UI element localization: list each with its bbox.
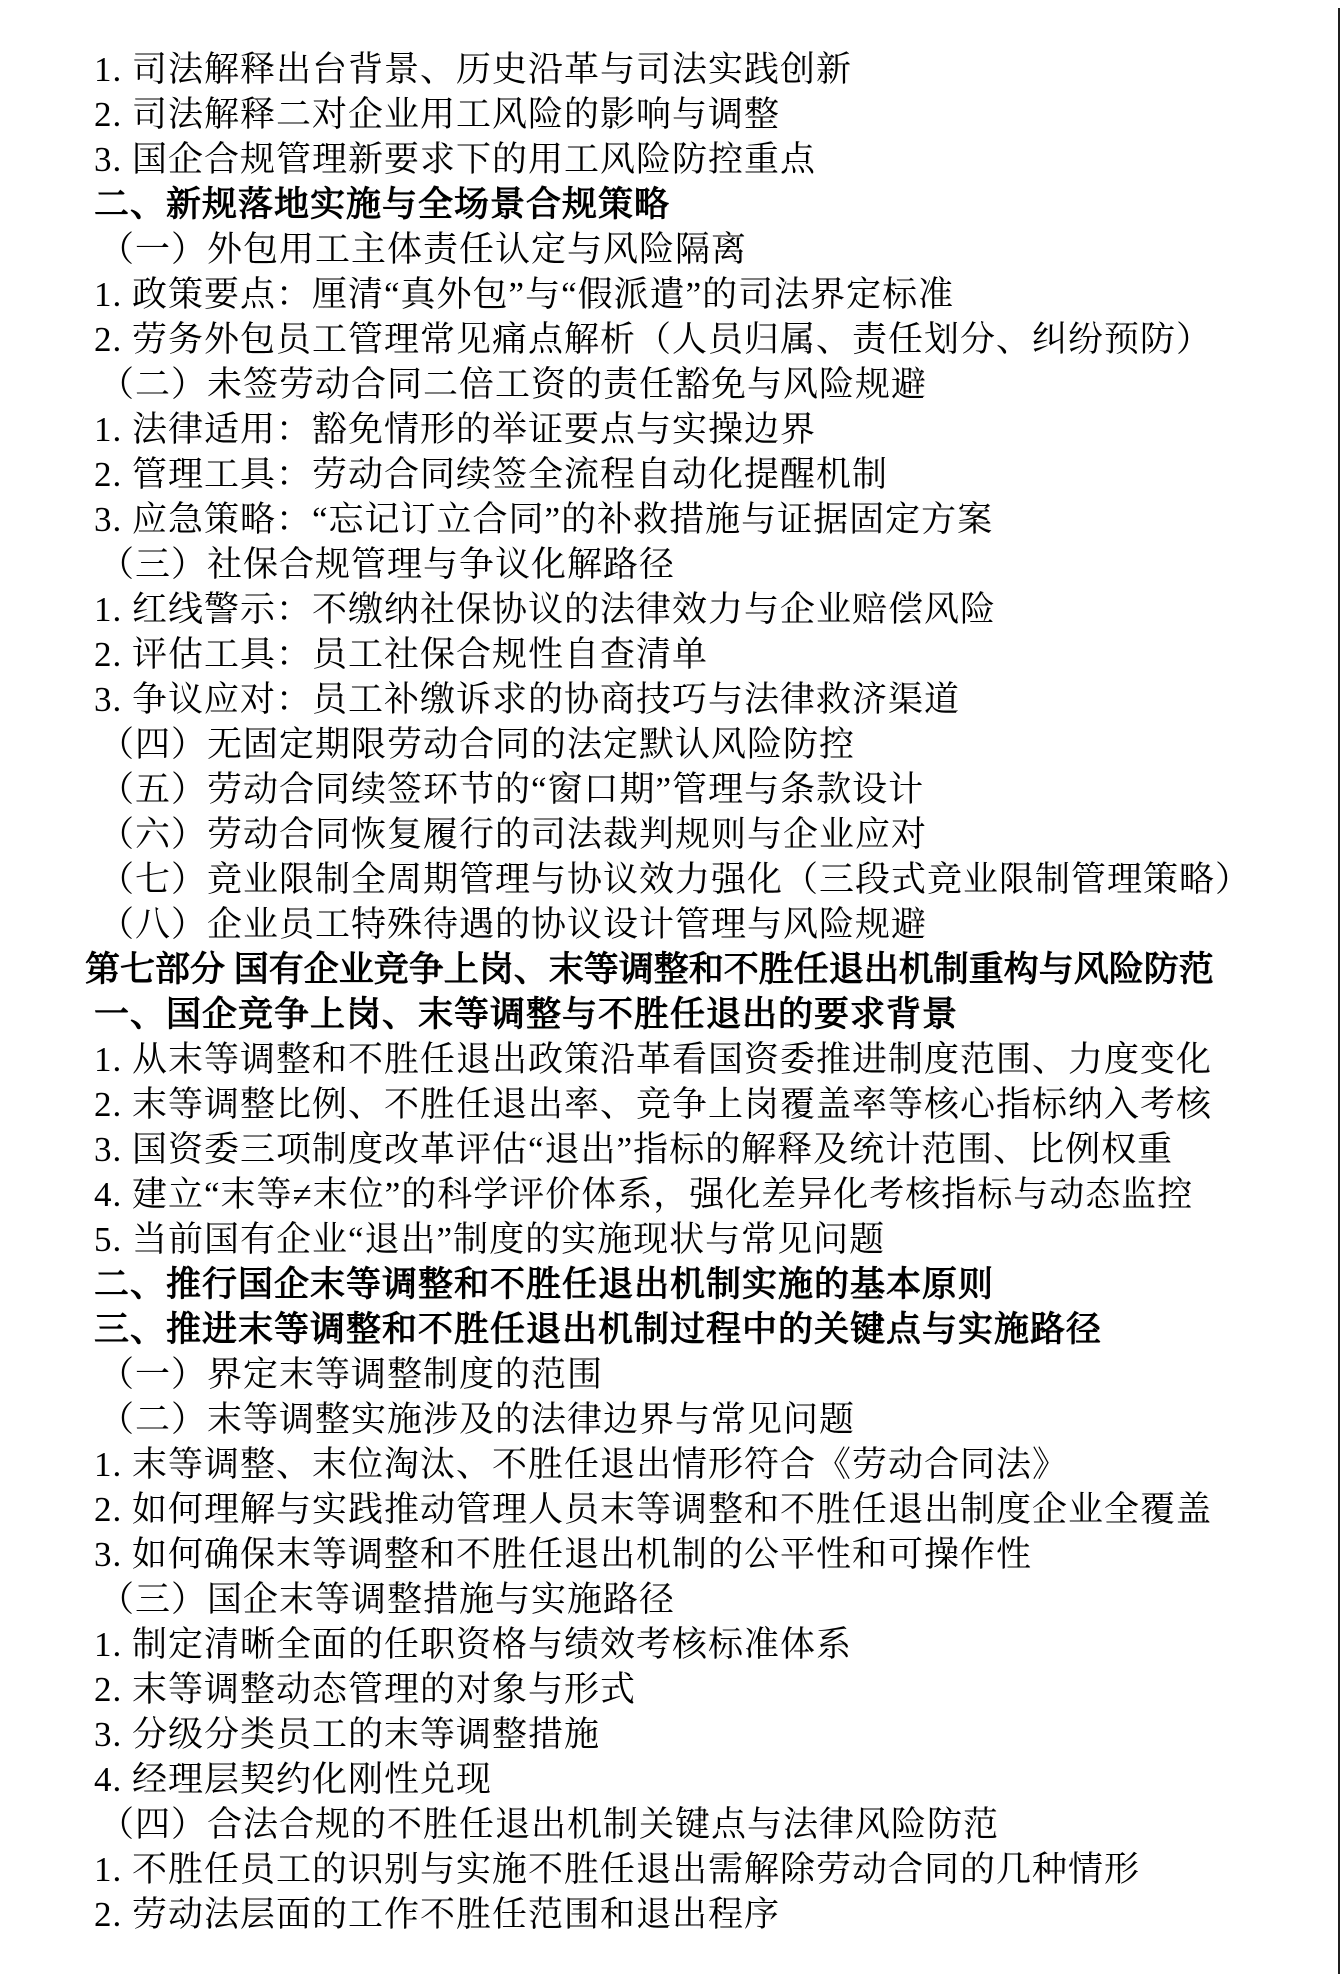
toc-line-37: 2. 末等调整动态管理的对象与形式 bbox=[94, 1667, 1323, 1712]
toc-line-21: 第七部分 国有企业竞争上岗、末等调整和不胜任退出机制重构与风险防范 bbox=[85, 947, 1323, 992]
toc-line-28: 二、推行国企末等调整和不胜任退出机制实施的基本原则 bbox=[94, 1262, 1323, 1307]
toc-line-22: 一、国企竞争上岗、末等调整与不胜任退出的要求背景 bbox=[94, 992, 1323, 1037]
toc-line-36: 1. 制定清晰全面的任职资格与绩效考核标准体系 bbox=[94, 1622, 1323, 1667]
page-right-border bbox=[1338, 8, 1340, 1974]
toc-line-25: 3. 国资委三项制度改革评估“退出”指标的解释及统计范围、比例权重 bbox=[94, 1127, 1323, 1172]
toc-line-8: （二）未签劳动合同二倍工资的责任豁免与风险规避 bbox=[94, 362, 1323, 407]
toc-line-32: 1. 末等调整、末位淘汰、不胜任退出情形符合《劳动合同法》 bbox=[94, 1442, 1323, 1487]
toc-line-41: 1. 不胜任员工的识别与实施不胜任退出需解除劳动合同的几种情形 bbox=[94, 1847, 1323, 1892]
toc-line-14: 2. 评估工具：员工社保合规性自查清单 bbox=[94, 632, 1323, 677]
toc-line-6: 1. 政策要点：厘清“真外包”与“假派遣”的司法界定标准 bbox=[94, 272, 1323, 317]
toc-line-40: （四）合法合规的不胜任退出机制关键点与法律风险防范 bbox=[94, 1802, 1323, 1847]
toc-line-17: （五）劳动合同续签环节的“窗口期”管理与条款设计 bbox=[94, 767, 1323, 812]
toc-line-35: （三）国企末等调整措施与实施路径 bbox=[94, 1577, 1323, 1622]
toc-line-24: 2. 末等调整比例、不胜任退出率、竞争上岗覆盖率等核心指标纳入考核 bbox=[94, 1082, 1323, 1127]
toc-line-33: 2. 如何理解与实践推动管理人员末等调整和不胜任退出制度企业全覆盖 bbox=[94, 1487, 1323, 1532]
toc-line-20: （八）企业员工特殊待遇的协议设计管理与风险规避 bbox=[94, 902, 1323, 947]
toc-line-30: （一）界定末等调整制度的范围 bbox=[94, 1352, 1323, 1397]
toc-line-26: 4. 建立“末等≠末位”的科学评价体系，强化差异化考核指标与动态监控 bbox=[94, 1172, 1323, 1217]
toc-line-42: 2. 劳动法层面的工作不胜任范围和退出程序 bbox=[94, 1892, 1323, 1937]
toc-line-39: 4. 经理层契约化刚性兑现 bbox=[94, 1757, 1323, 1802]
toc-line-18: （六）劳动合同恢复履行的司法裁判规则与企业应对 bbox=[94, 812, 1323, 857]
document-page: 1. 司法解释出台背景、历史沿革与司法实践创新2. 司法解释二对企业用工风险的影… bbox=[0, 0, 1341, 1974]
toc-line-9: 1. 法律适用：豁免情形的举证要点与实操边界 bbox=[94, 407, 1323, 452]
toc-content: 1. 司法解释出台背景、历史沿革与司法实践创新2. 司法解释二对企业用工风险的影… bbox=[0, 0, 1341, 1937]
toc-line-10: 2. 管理工具：劳动合同续签全流程自动化提醒机制 bbox=[94, 452, 1323, 497]
toc-line-34: 3. 如何确保末等调整和不胜任退出机制的公平性和可操作性 bbox=[94, 1532, 1323, 1577]
toc-line-19: （七）竞业限制全周期管理与协议效力强化（三段式竞业限制管理策略） bbox=[94, 857, 1323, 902]
toc-line-15: 3. 争议应对：员工补缴诉求的协商技巧与法律救济渠道 bbox=[94, 677, 1323, 722]
toc-line-29: 三、推进末等调整和不胜任退出机制过程中的关键点与实施路径 bbox=[94, 1307, 1323, 1352]
toc-line-16: （四）无固定期限劳动合同的法定默认风险防控 bbox=[94, 722, 1323, 767]
toc-line-7: 2. 劳务外包员工管理常见痛点解析（人员归属、责任划分、纠纷预防） bbox=[94, 317, 1323, 362]
toc-line-13: 1. 红线警示：不缴纳社保协议的法律效力与企业赔偿风险 bbox=[94, 587, 1323, 632]
toc-line-27: 5. 当前国有企业“退出”制度的实施现状与常见问题 bbox=[94, 1217, 1323, 1262]
toc-line-5: （一）外包用工主体责任认定与风险隔离 bbox=[94, 227, 1323, 272]
toc-line-11: 3. 应急策略：“忘记订立合同”的补救措施与证据固定方案 bbox=[94, 497, 1323, 542]
toc-line-38: 3. 分级分类员工的末等调整措施 bbox=[94, 1712, 1323, 1757]
toc-line-23: 1. 从末等调整和不胜任退出政策沿革看国资委推进制度范围、力度变化 bbox=[94, 1037, 1323, 1082]
toc-line-4: 二、新规落地实施与全场景合规策略 bbox=[94, 182, 1323, 227]
toc-line-12: （三）社保合规管理与争议化解路径 bbox=[94, 542, 1323, 587]
toc-line-31: （二）末等调整实施涉及的法律边界与常见问题 bbox=[94, 1397, 1323, 1442]
toc-line-3: 3. 国企合规管理新要求下的用工风险防控重点 bbox=[94, 137, 1323, 182]
toc-line-2: 2. 司法解释二对企业用工风险的影响与调整 bbox=[94, 92, 1323, 137]
toc-line-1: 1. 司法解释出台背景、历史沿革与司法实践创新 bbox=[94, 47, 1323, 92]
